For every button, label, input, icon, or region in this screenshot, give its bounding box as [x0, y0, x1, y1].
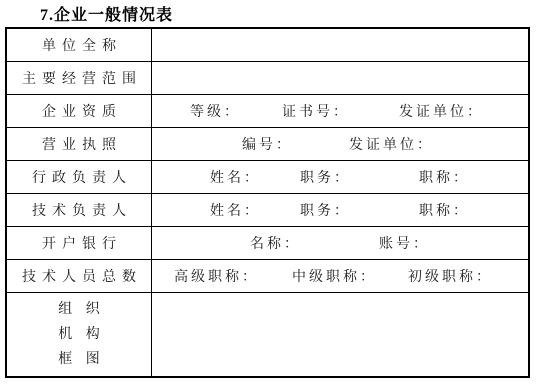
row-label-business-scope: 主要经营范围 — [6, 61, 152, 94]
field-label-license-issuing-unit: 发证单位： — [349, 134, 434, 154]
field-label-issuing-unit: 发证单位： — [399, 101, 484, 121]
table-row-tech-head: 技术负责人 姓名： 职务： 职称： — [6, 193, 529, 226]
field-label-tech-position: 职务： — [300, 200, 351, 220]
table-row-business-scope: 主要经营范围 — [6, 61, 529, 94]
row-label-tech-staff-total: 技术人员总数 — [6, 259, 152, 292]
page-title: 7.企业一般情况表 — [40, 2, 173, 25]
table-row-business-license: 营业执照 编号： 发证单位： — [6, 127, 529, 160]
field-label-certificate-no: 证书号： — [282, 101, 350, 121]
table-row-unit-name: 单位全称 — [6, 28, 529, 61]
table-row-admin-head: 行政负责人 姓名： 职务： 职称： — [6, 160, 529, 193]
business-scope-input-cell[interactable] — [152, 61, 530, 94]
row-label-org-chart: 组 织 机 构 框 图 — [6, 292, 152, 377]
business-license-input-cell[interactable]: 编号： 发证单位： — [152, 127, 530, 160]
field-label-license-no: 编号： — [242, 134, 293, 154]
table-row-qualification: 企业资质 等级： 证书号： 发证单位： — [6, 94, 529, 127]
field-label-admin-name: 姓名： — [210, 167, 261, 187]
field-label-bank-account: 账号： — [379, 233, 430, 253]
qualification-input-cell[interactable]: 等级： 证书号： 发证单位： — [152, 94, 530, 127]
field-label-bank-name: 名称： — [250, 233, 301, 253]
table-row-org-chart: 组 织 机 构 框 图 — [6, 292, 529, 377]
org-chart-label-line-3: 框 图 — [7, 347, 151, 372]
admin-head-input-cell[interactable]: 姓名： 职务： 职称： — [152, 160, 530, 193]
field-label-junior-title: 初级职称： — [408, 266, 493, 286]
row-label-tech-head: 技术负责人 — [6, 193, 152, 226]
row-label-bank: 开户银行 — [6, 226, 152, 259]
table-row-tech-staff-total: 技术人员总数 高级职称： 中级职称： 初级职称： — [6, 259, 529, 292]
field-label-middle-title: 中级职称： — [292, 266, 377, 286]
field-label-senior-title: 高级职称： — [174, 266, 259, 286]
org-chart-label-line-2: 机 构 — [7, 322, 151, 347]
tech-staff-input-cell[interactable]: 高级职称： 中级职称： 初级职称： — [152, 259, 530, 292]
field-label-tech-title: 职称： — [419, 200, 470, 220]
field-label-admin-title: 职称： — [419, 167, 470, 187]
field-label-tech-name: 姓名： — [210, 200, 261, 220]
row-label-qualification: 企业资质 — [6, 94, 152, 127]
document-page: 7.企业一般情况表 单位全称 主要经营范围 企业资质 等级： 证书号： 发证单位… — [0, 0, 536, 389]
row-label-business-license: 营业执照 — [6, 127, 152, 160]
field-label-grade: 等级： — [190, 101, 241, 121]
table-row-bank: 开户银行 名称： 账号： — [6, 226, 529, 259]
tech-head-input-cell[interactable]: 姓名： 职务： 职称： — [152, 193, 530, 226]
field-label-admin-position: 职务： — [300, 167, 351, 187]
unit-name-input-cell[interactable] — [152, 28, 530, 61]
bank-input-cell[interactable]: 名称： 账号： — [152, 226, 530, 259]
row-label-unit-name: 单位全称 — [6, 28, 152, 61]
enterprise-info-table: 单位全称 主要经营范围 企业资质 等级： 证书号： 发证单位： 营业执照 编号：… — [5, 27, 530, 378]
org-chart-label-line-1: 组 织 — [7, 297, 151, 322]
row-label-admin-head: 行政负责人 — [6, 160, 152, 193]
org-chart-drawing-cell[interactable] — [152, 292, 530, 377]
